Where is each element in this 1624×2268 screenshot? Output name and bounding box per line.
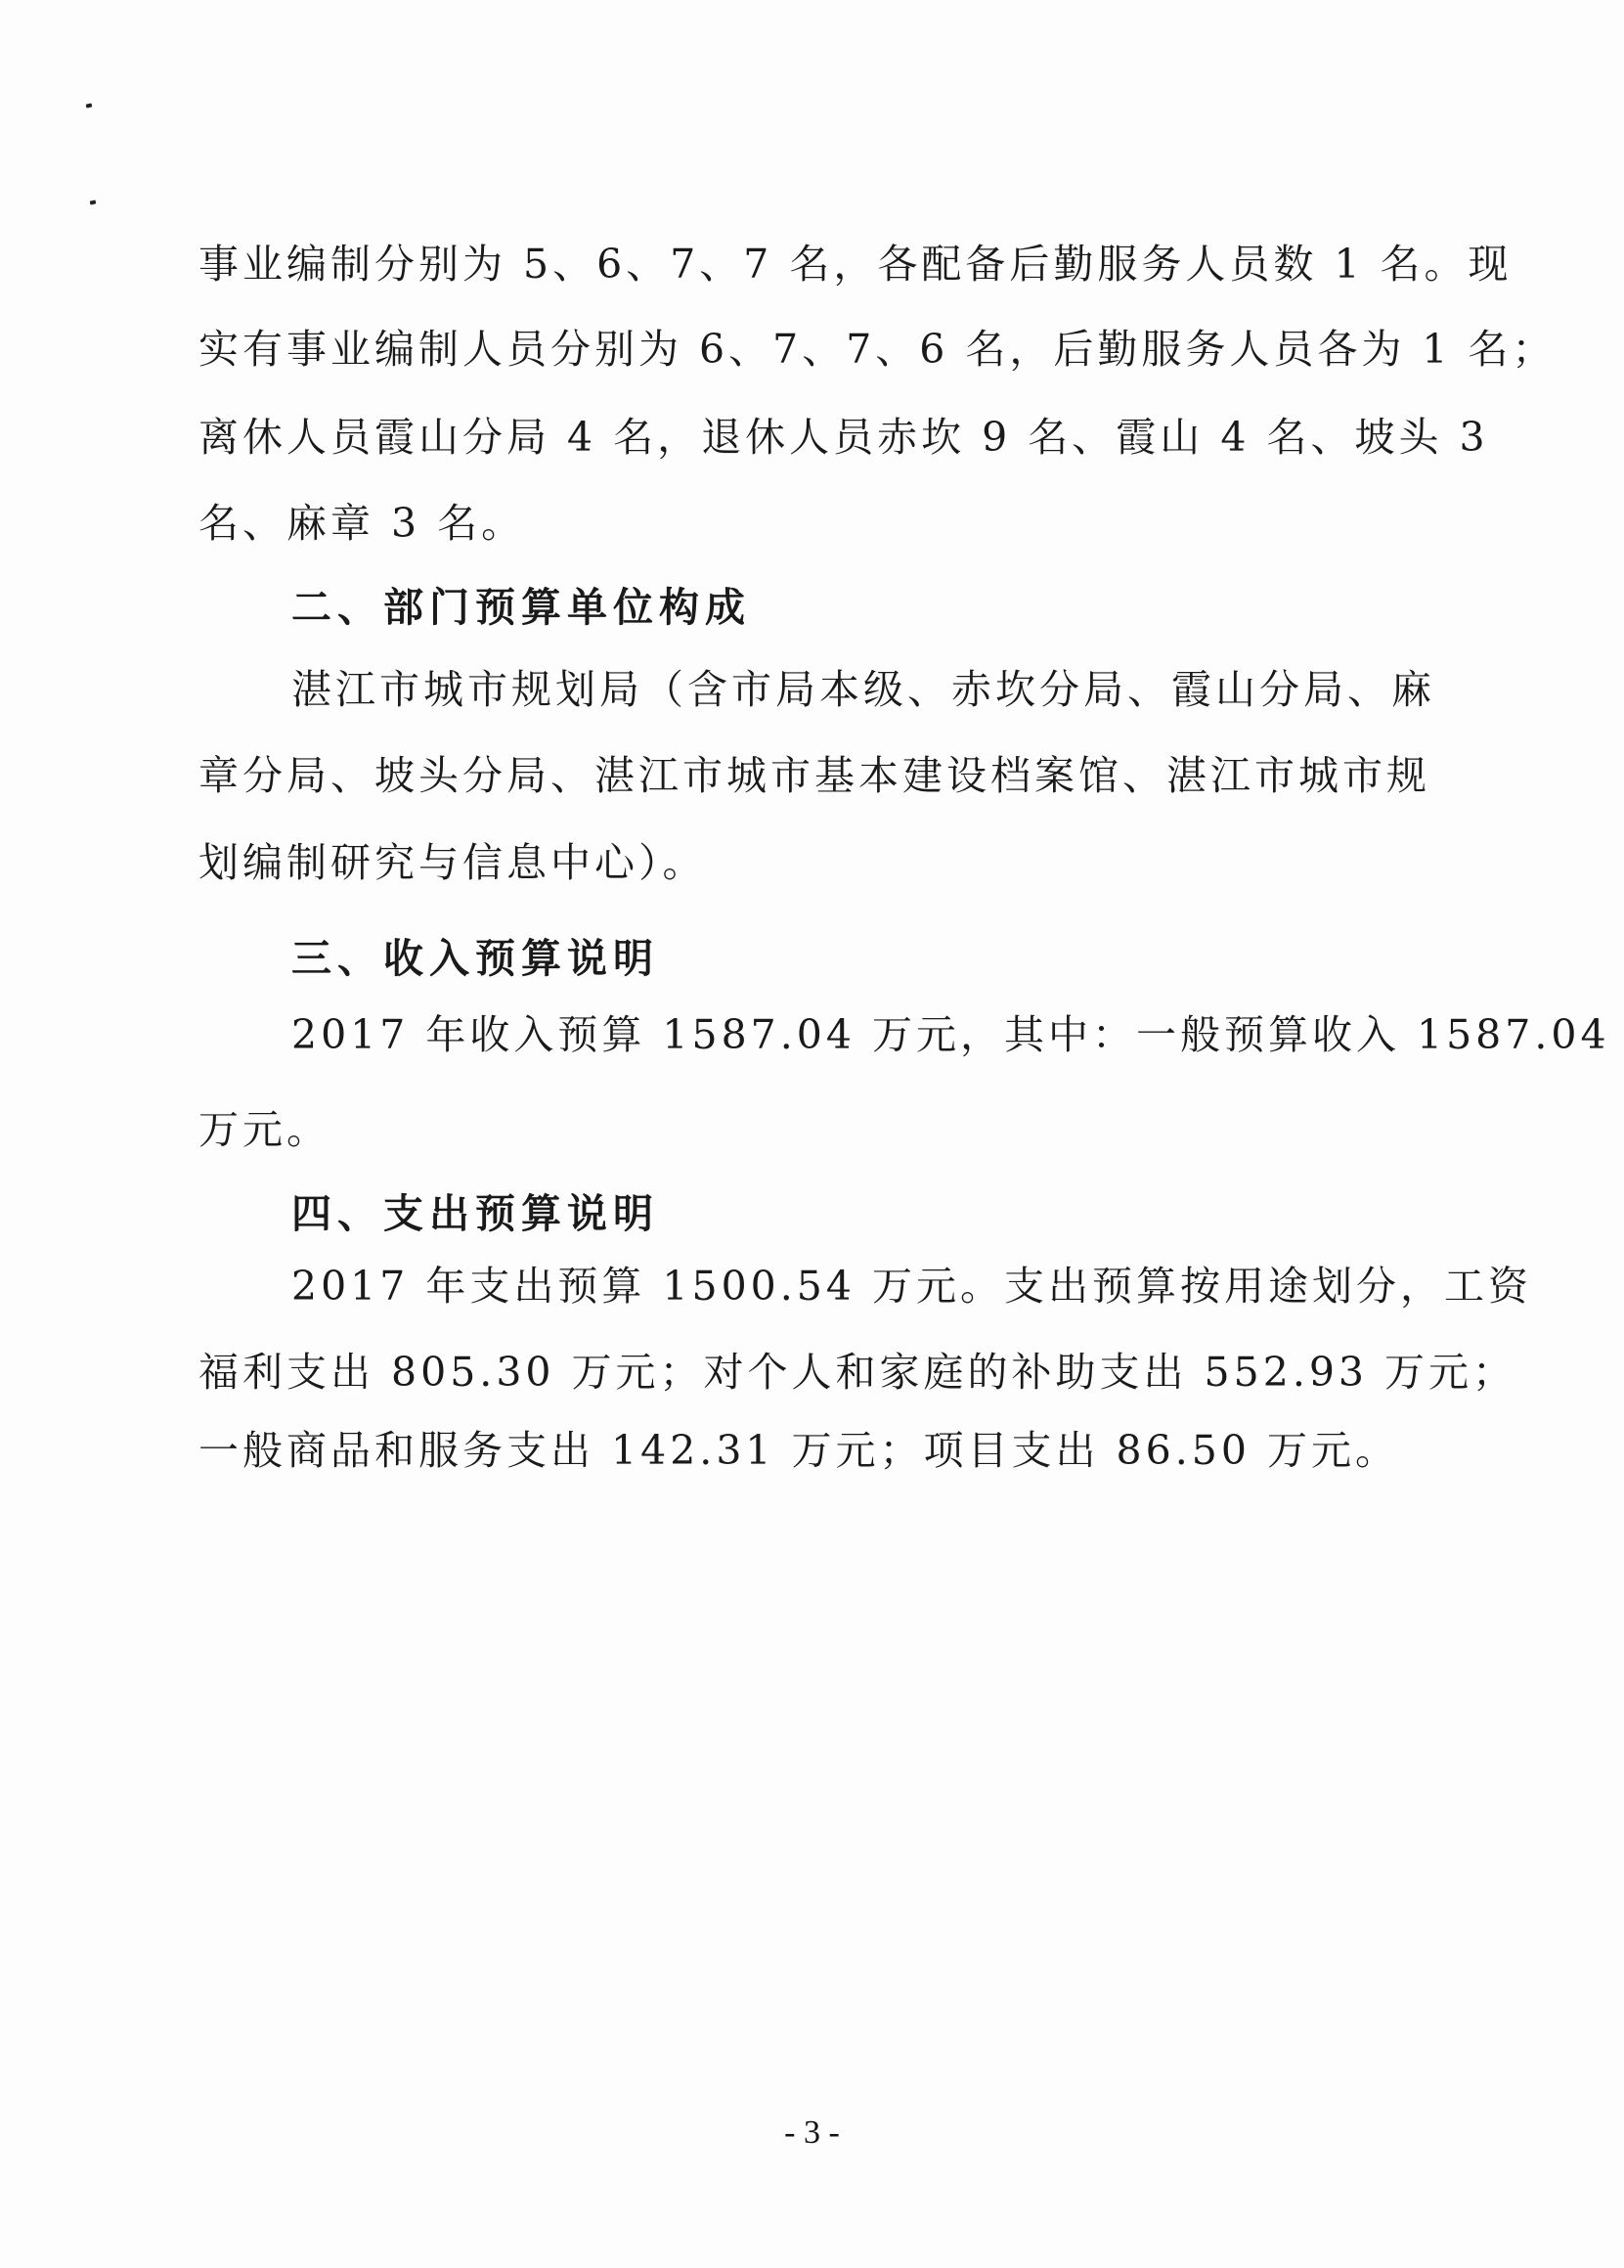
document-page: 事业编制分别为 5、6、7、7 名，各配备后勤服务人员数 1 名。现 实有事业编… <box>0 0 1624 2268</box>
body-line: 湛江市城市规划局（含市局本级、赤坎分局、霞山分局、麻 <box>291 665 1418 714</box>
scan-speck <box>90 200 97 204</box>
body-line: 一般商品和服务支出 142.31 万元；项目支出 86.50 万元。 <box>198 1426 1418 1475</box>
body-line: 章分局、坡头分局、湛江市城市基本建设档案馆、湛江市城市规 <box>198 751 1418 800</box>
body-line: 事业编制分别为 5、6、7、7 名，各配备后勤服务人员数 1 名。现 <box>198 240 1418 289</box>
body-line: 2017 年支出预算 1500.54 万元。支出预算按用途划分，工资 <box>291 1262 1418 1311</box>
body-line: 实有事业编制人员分别为 6、7、7、6 名，后勤服务人员各为 1 名； <box>198 325 1418 374</box>
body-line: 福利支出 805.30 万元；对个人和家庭的补助支出 552.93 万元； <box>198 1348 1418 1397</box>
section-heading-2: 二、部门预算单位构成 <box>291 583 1418 632</box>
section-heading-4: 四、支出预算说明 <box>291 1189 1418 1238</box>
body-line: 离休人员霞山分局 4 名，退休人员赤坎 9 名、霞山 4 名、坡头 3 <box>198 413 1418 462</box>
body-line: 名、麻章 3 名。 <box>198 499 1418 548</box>
body-line: 2017 年收入预算 1587.04 万元，其中：一般预算收入 1587.04 <box>291 1010 1418 1059</box>
body-line: 划编制研究与信息中心）。 <box>198 838 1418 887</box>
body-line: 万元。 <box>198 1105 1418 1154</box>
page-number: - 3 - <box>0 2114 1624 2152</box>
scan-speck <box>86 103 93 108</box>
section-heading-3: 三、收入预算说明 <box>291 934 1418 983</box>
